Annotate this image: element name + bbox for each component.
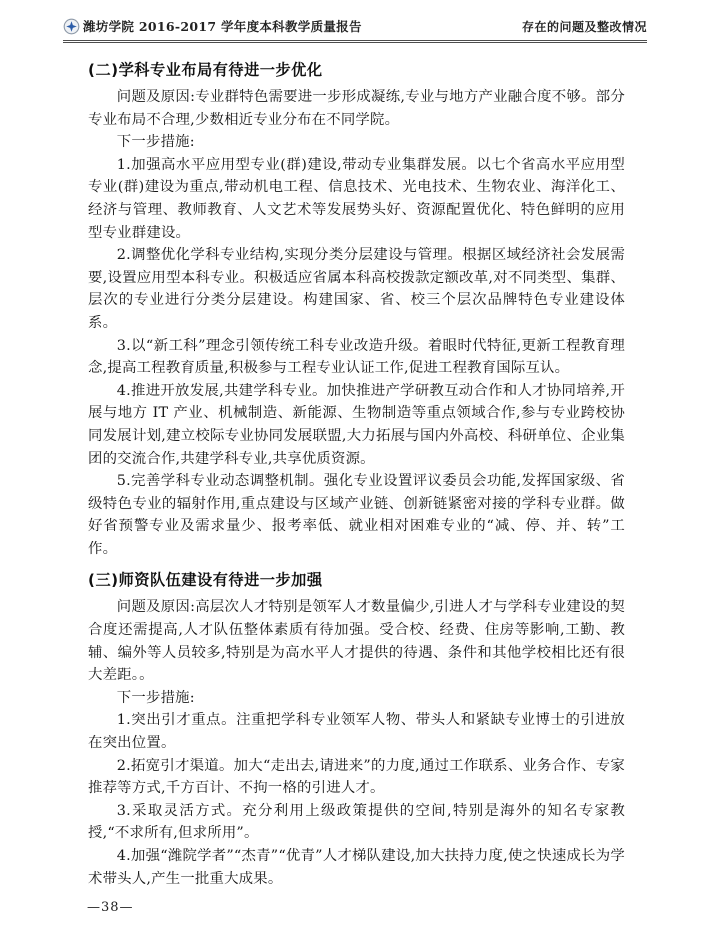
measure-item-2: 2.拓宽引才渠道。加大“走出去,请进来”的力度,通过工作联系、业务合作、专家推荐… — [88, 755, 625, 800]
measure-item-1: 1.突出引才重点。注重把学科专业领军人物、带头人和紧缺专业博士的引进放在突出位置… — [88, 709, 625, 754]
page-header: 潍坊学院 2016-2017 学年度本科教学质量报告 存在的问题及整改情况 — [63, 17, 647, 43]
report-title: 潍坊学院 2016-2017 学年度本科教学质量报告 — [83, 17, 362, 35]
measure-item-4: 4.推进开放发展,共建学科专业。加快推进产学研教互动合作和人才协同培养,开展与地… — [88, 380, 625, 470]
next-steps-label: 下一步措施: — [88, 131, 625, 154]
header-left: 潍坊学院 2016-2017 学年度本科教学质量报告 — [63, 17, 362, 35]
next-steps-label: 下一步措施: — [88, 687, 625, 710]
page-footer: —38— — [87, 896, 134, 915]
measure-item-2: 2.调整优化学科专业结构,实现分类分层建设与管理。根据区域经济社会发展需要,设置… — [88, 244, 625, 334]
section-heading-faculty-team: (三)师资队伍建设有待进一步加强 — [88, 569, 625, 590]
section-heading-discipline-layout: (二)学科专业布局有待进一步优化 — [88, 59, 625, 80]
measure-item-5: 5.完善学科专业动态调整机制。强化专业设置评议委员会功能,发挥国家级、省级特色专… — [88, 470, 625, 560]
page-number: —38— — [87, 900, 134, 915]
measure-item-3: 3.采取灵活方式。充分利用上级政策提供的空间,特别是海外的知名专家教授,“不求所… — [88, 800, 625, 845]
measure-item-4: 4.加强“潍院学者”“杰青”“优青”人才梯队建设,加大扶持力度,使之快速成长为学… — [88, 845, 625, 890]
problem-cause-paragraph: 问题及原因:专业群特色需要进一步形成凝练,专业与地方产业融合度不够。部分专业布局… — [88, 86, 625, 131]
document-body: (二)学科专业布局有待进一步优化 问题及原因:专业群特色需要进一步形成凝练,专业… — [88, 57, 625, 890]
university-emblem-icon — [63, 18, 80, 35]
problem-cause-paragraph: 问题及原因:高层次人才特别是领军人才数量偏少,引进人才与学科专业建设的契合度还需… — [88, 596, 625, 686]
measure-item-3: 3.以“新工科”理念引领传统工科专业改造升级。着眼时代特征,更新工程教育理念,提… — [88, 335, 625, 380]
document-page: 潍坊学院 2016-2017 学年度本科教学质量报告 存在的问题及整改情况 (二… — [0, 0, 709, 945]
measure-item-1: 1.加强高水平应用型专业(群)建设,带动专业集群发展。以七个省高水平应用型专业(… — [88, 154, 625, 244]
running-head-right: 存在的问题及整改情况 — [522, 18, 647, 35]
